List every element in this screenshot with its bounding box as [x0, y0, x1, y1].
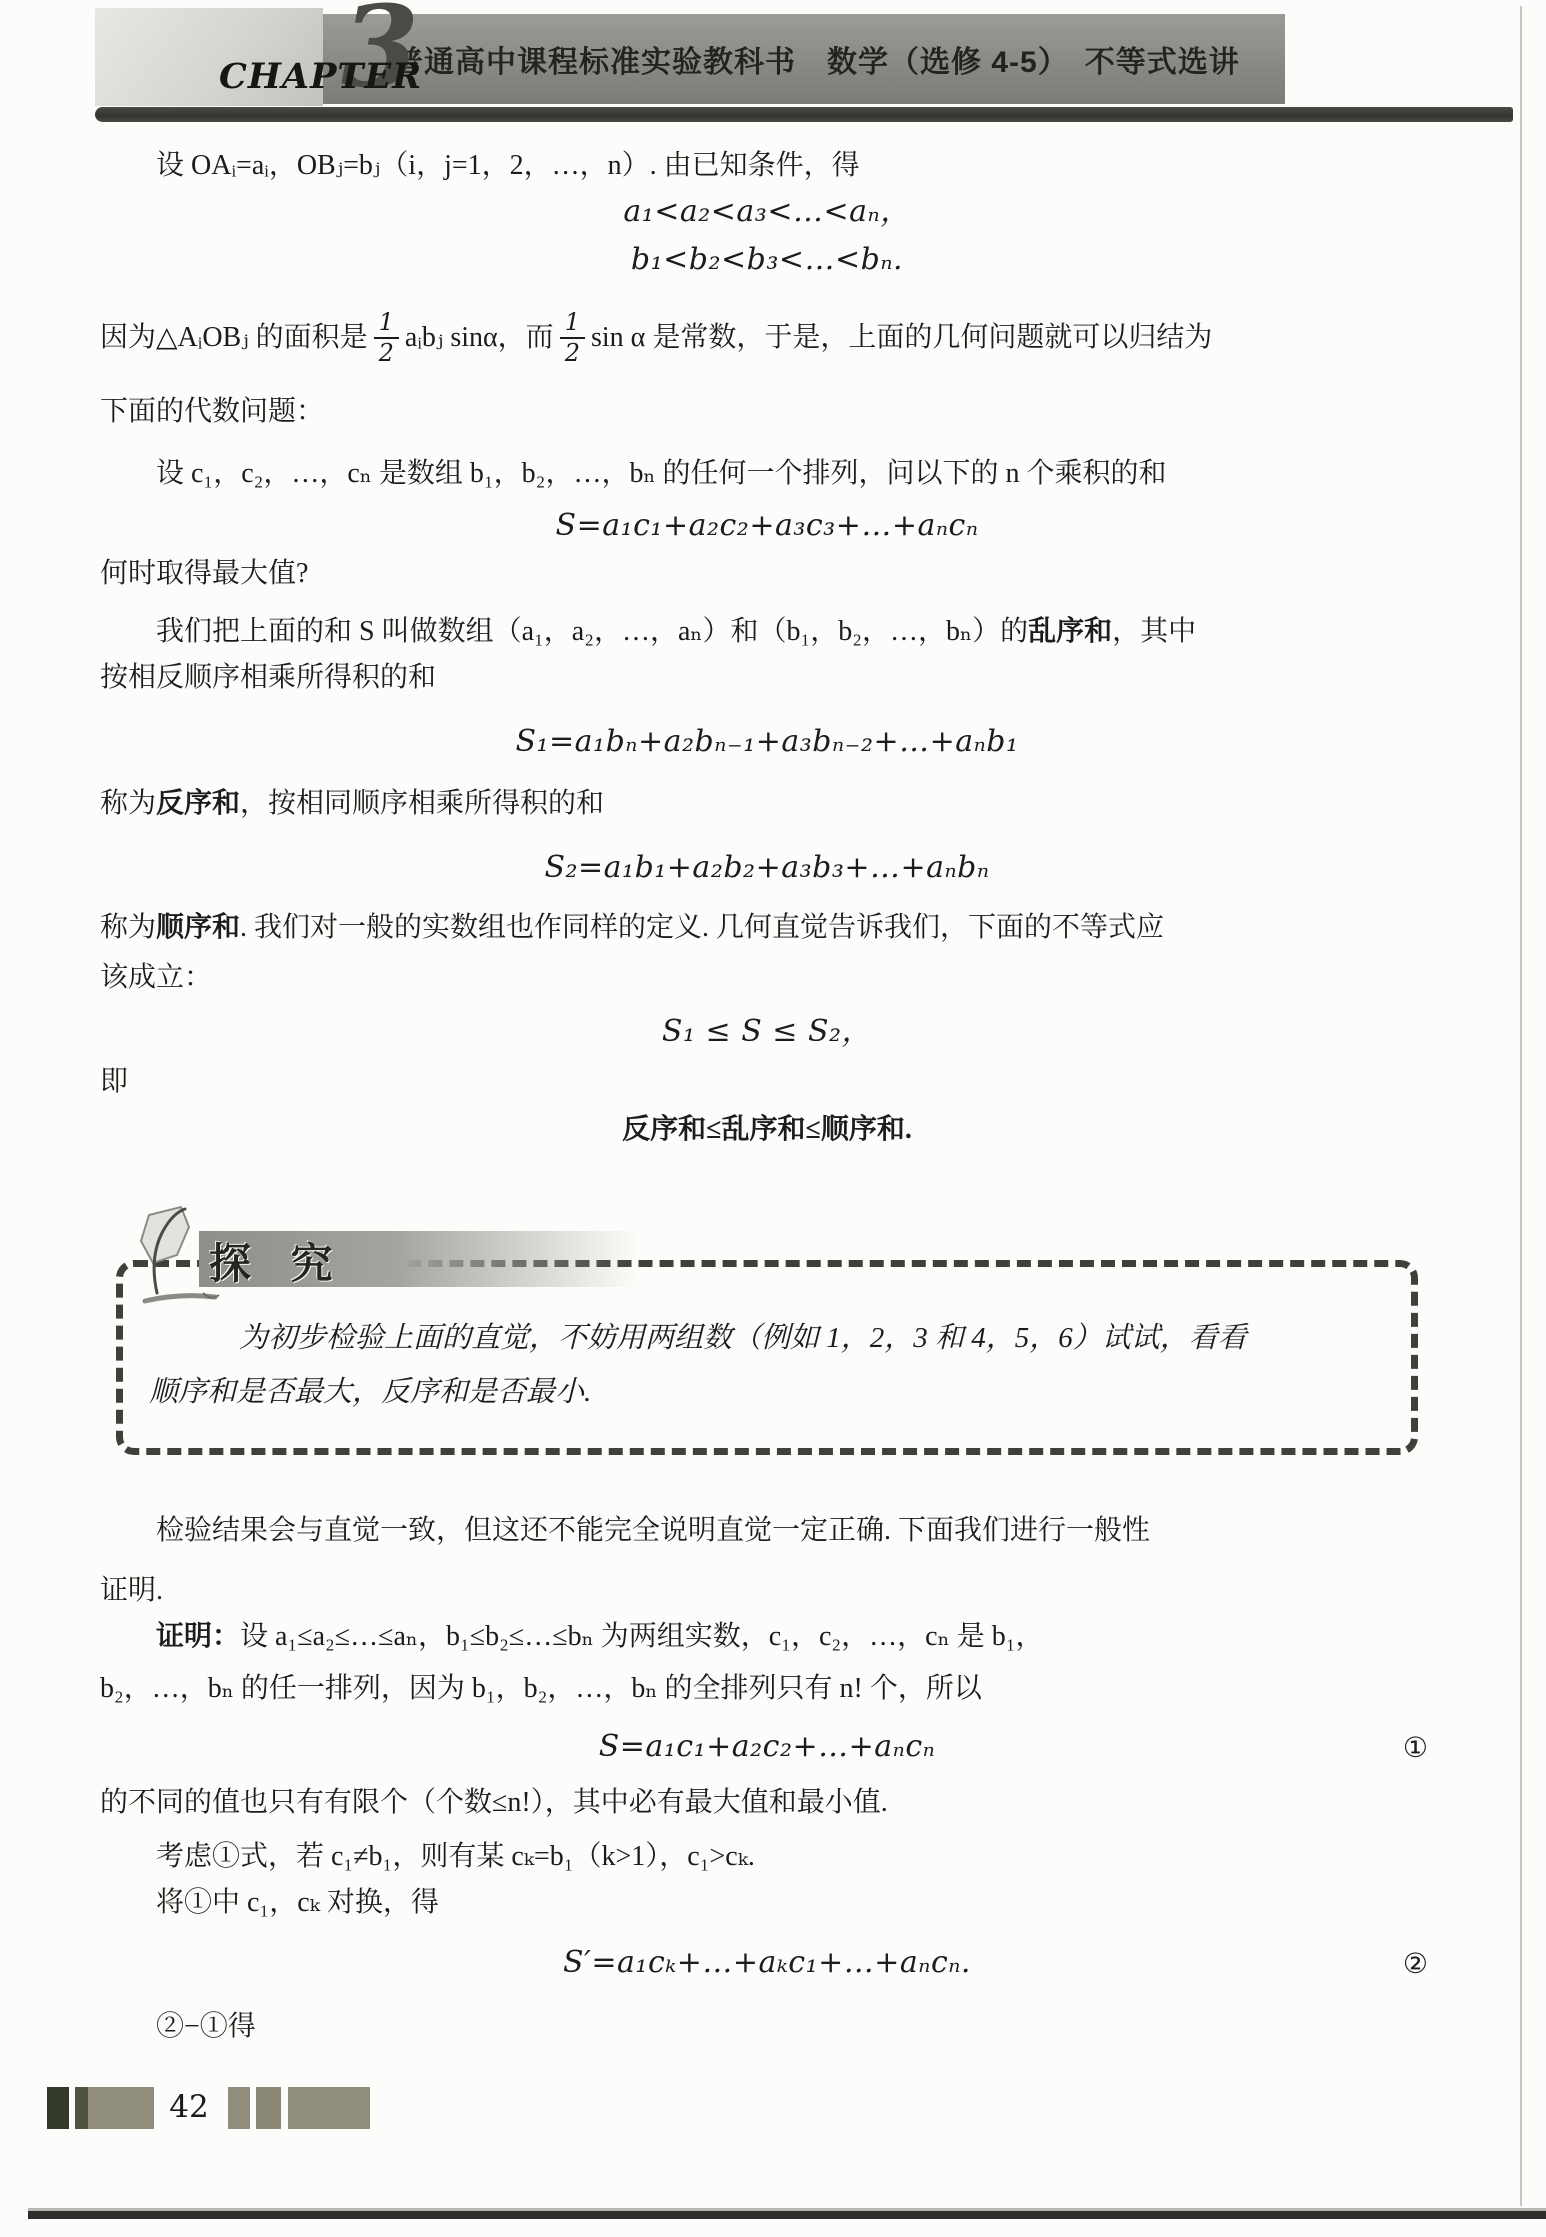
- equation-2: S′=a₁cₖ+…+aₖc₁+…+aₙcₙ.: [100, 1945, 1434, 1981]
- header-rule: [95, 107, 1513, 122]
- equation-sum-S: S=a₁c₁+a₂c₂+a₃c₃+…+aₙcₙ: [100, 508, 1434, 544]
- explore-box: 探 究 为初步检验上面的直觉，不妨用两组数（例如 1，2，3 和 4，5，6）试…: [116, 1260, 1418, 1455]
- proof-keyword: 证明：: [156, 1621, 240, 1652]
- equation-words-inequality: 反序和≤乱序和≤顺序和.: [100, 1112, 1434, 1148]
- paragraph-line: 我们把上面的和 S 叫做数组（a₁，a₂，…，aₙ）和（b₁，b₂，…，bₙ）的…: [100, 614, 1434, 650]
- text-segment: 称为: [100, 788, 156, 819]
- explore-text: 为初步检验上面的直觉，不妨用两组数（例如 1，2，3 和 4，5，6）试试，看看…: [149, 1317, 1381, 1413]
- explore-label: 探 究: [133, 1205, 653, 1325]
- paragraph-line: 何时取得最大值?: [100, 556, 1434, 592]
- chapter-label: CHAPTER: [219, 56, 422, 97]
- footer-block: [288, 2087, 370, 2129]
- text-segment: aᵢbⱼ sinα，而: [405, 320, 554, 356]
- footer-block: [228, 2087, 250, 2129]
- footer-block: [75, 2087, 154, 2129]
- fraction-numerator: 1: [560, 310, 585, 339]
- text-segment: . 我们对一般的实数组也作同样的定义. 几何直觉告诉我们，下面的不等式应: [240, 912, 1164, 943]
- book-title: 普通高中课程标准实验教科书 数学（选修 4-5） 不等式选讲: [393, 37, 1240, 81]
- chapter-box: 3 CHAPTER: [95, 8, 323, 106]
- equation-1: S=a₁c₁+a₂c₂+…+aₙcₙ: [100, 1729, 1434, 1765]
- paragraph-line: 下面的代数问题：: [100, 394, 1434, 430]
- equation-a-sequence: a₁<a₂<a₃<…<aₙ，: [100, 194, 1434, 230]
- text-segment: ，按相同顺序相乘所得积的和: [240, 788, 604, 819]
- term-reverse-order-sum: 反序和: [156, 788, 240, 819]
- explore-text-line: 顺序和是否最大，反序和是否最小.: [149, 1371, 1381, 1413]
- text-segment: 称为: [100, 912, 156, 943]
- proof-start-line: 证明：设 a₁≤a₂≤…≤aₙ，b₁≤b₂≤…≤bₙ 为两组实数，c₁，c₂，……: [100, 1619, 1434, 1655]
- paragraph-line: 将①中 c₁，cₖ 对换，得: [100, 1885, 1434, 1921]
- paragraph-line: ②−①得: [100, 2009, 1434, 2045]
- text-segment: 因为△AᵢOBⱼ 的面积是: [100, 320, 368, 356]
- term-same-order-sum: 顺序和: [156, 912, 240, 943]
- fraction-denominator: 2: [565, 339, 580, 366]
- paragraph-line: 考虑①式，若 c₁≠b₁，则有某 cₖ=b₁（k>1），c₁>cₖ.: [100, 1839, 1434, 1875]
- page-number: 42: [163, 2089, 215, 2125]
- text-segment: sin α 是常数，于是，上面的几何问题就可以归结为: [591, 320, 1212, 356]
- numbered-equation-1: S=a₁c₁+a₂c₂+…+aₙcₙ ①: [100, 1729, 1434, 1765]
- equation-sum-S1: S₁=a₁bₙ+a₂bₙ₋₁+a₃bₙ₋₂+…+aₙb₁: [100, 724, 1434, 760]
- textbook-page: 3 CHAPTER 普通高中课程标准实验教科书 数学（选修 4-5） 不等式选讲…: [0, 0, 1546, 2237]
- header-band: 普通高中课程标准实验教科书 数学（选修 4-5） 不等式选讲: [323, 14, 1285, 104]
- fraction-one-half: 1 2: [560, 310, 585, 366]
- paragraph-line: 按相反顺序相乘所得积的和: [100, 660, 1434, 696]
- text-segment: 设 a₁≤a₂≤…≤aₙ，b₁≤b₂≤…≤bₙ 为两组实数，c₁，c₂，…，cₙ…: [240, 1621, 1043, 1652]
- equation-inequality: S₁ ≤ S ≤ S₂，: [100, 1014, 1434, 1050]
- text-segment: 我们把上面的和 S 叫做数组（a₁，a₂，…，aₙ）和（b₁，b₂，…，bₙ）的: [156, 616, 1028, 647]
- footer-block: [256, 2087, 281, 2129]
- paragraph-line: 称为反序和，按相同顺序相乘所得积的和: [100, 786, 1434, 822]
- paragraph-line: 设 c₁，c₂，…，cₙ 是数组 b₁，b₂，…，bₙ 的任何一个排列，问以下的…: [100, 456, 1434, 492]
- footer-block: [47, 2087, 69, 2129]
- fraction-one-half: 1 2: [374, 310, 399, 366]
- paragraph-line-with-fractions: 因为△AᵢOBⱼ 的面积是 1 2 aᵢbⱼ sinα，而 1 2 sin α …: [100, 306, 1434, 370]
- fraction-denominator: 2: [379, 339, 394, 366]
- equation-number-2: ②: [1403, 1947, 1428, 1980]
- paragraph-line: 的不同的值也只有有限个（个数≤n!），其中必有最大值和最小值.: [100, 1785, 1434, 1821]
- page-edge-line: [1520, 6, 1522, 2206]
- paragraph-line: 即: [100, 1064, 1434, 1100]
- explore-label-text: 探 究: [209, 1231, 347, 1291]
- paragraph-line: 该成立：: [100, 960, 1434, 996]
- paragraph-line: b₂，…，bₙ 的任一排列，因为 b₁，b₂，…，bₙ 的全排列只有 n! 个，…: [100, 1671, 1434, 1707]
- paragraph-line: 证明.: [100, 1573, 1434, 1609]
- numbered-equation-2: S′=a₁cₖ+…+aₖc₁+…+aₙcₙ. ②: [100, 1945, 1434, 1981]
- paragraph-line: 称为顺序和. 我们对一般的实数组也作同样的定义. 几何直觉告诉我们，下面的不等式…: [100, 910, 1434, 946]
- paragraph-line: 检验结果会与直觉一致，但这还不能完全说明直觉一定正确. 下面我们进行一般性: [100, 1513, 1434, 1549]
- bottom-page-rule: [28, 2211, 1546, 2219]
- fraction-numerator: 1: [374, 310, 399, 339]
- page-content: 设 OAᵢ=aᵢ，OBⱼ=bⱼ（i，j=1，2，…，n）. 由已知条件，得 a₁…: [100, 148, 1434, 2045]
- equation-number-1: ①: [1403, 1731, 1428, 1764]
- equation-b-sequence: b₁<b₂<b₃<…<bₙ.: [100, 242, 1434, 278]
- term-random-order-sum: 乱序和: [1028, 616, 1112, 647]
- text-segment: ，其中: [1112, 616, 1196, 647]
- equation-sum-S2: S₂=a₁b₁+a₂b₂+a₃b₃+…+aₙbₙ: [100, 850, 1434, 886]
- paragraph-line: 设 OAᵢ=aᵢ，OBⱼ=bⱼ（i，j=1，2，…，n）. 由已知条件，得: [100, 148, 1434, 184]
